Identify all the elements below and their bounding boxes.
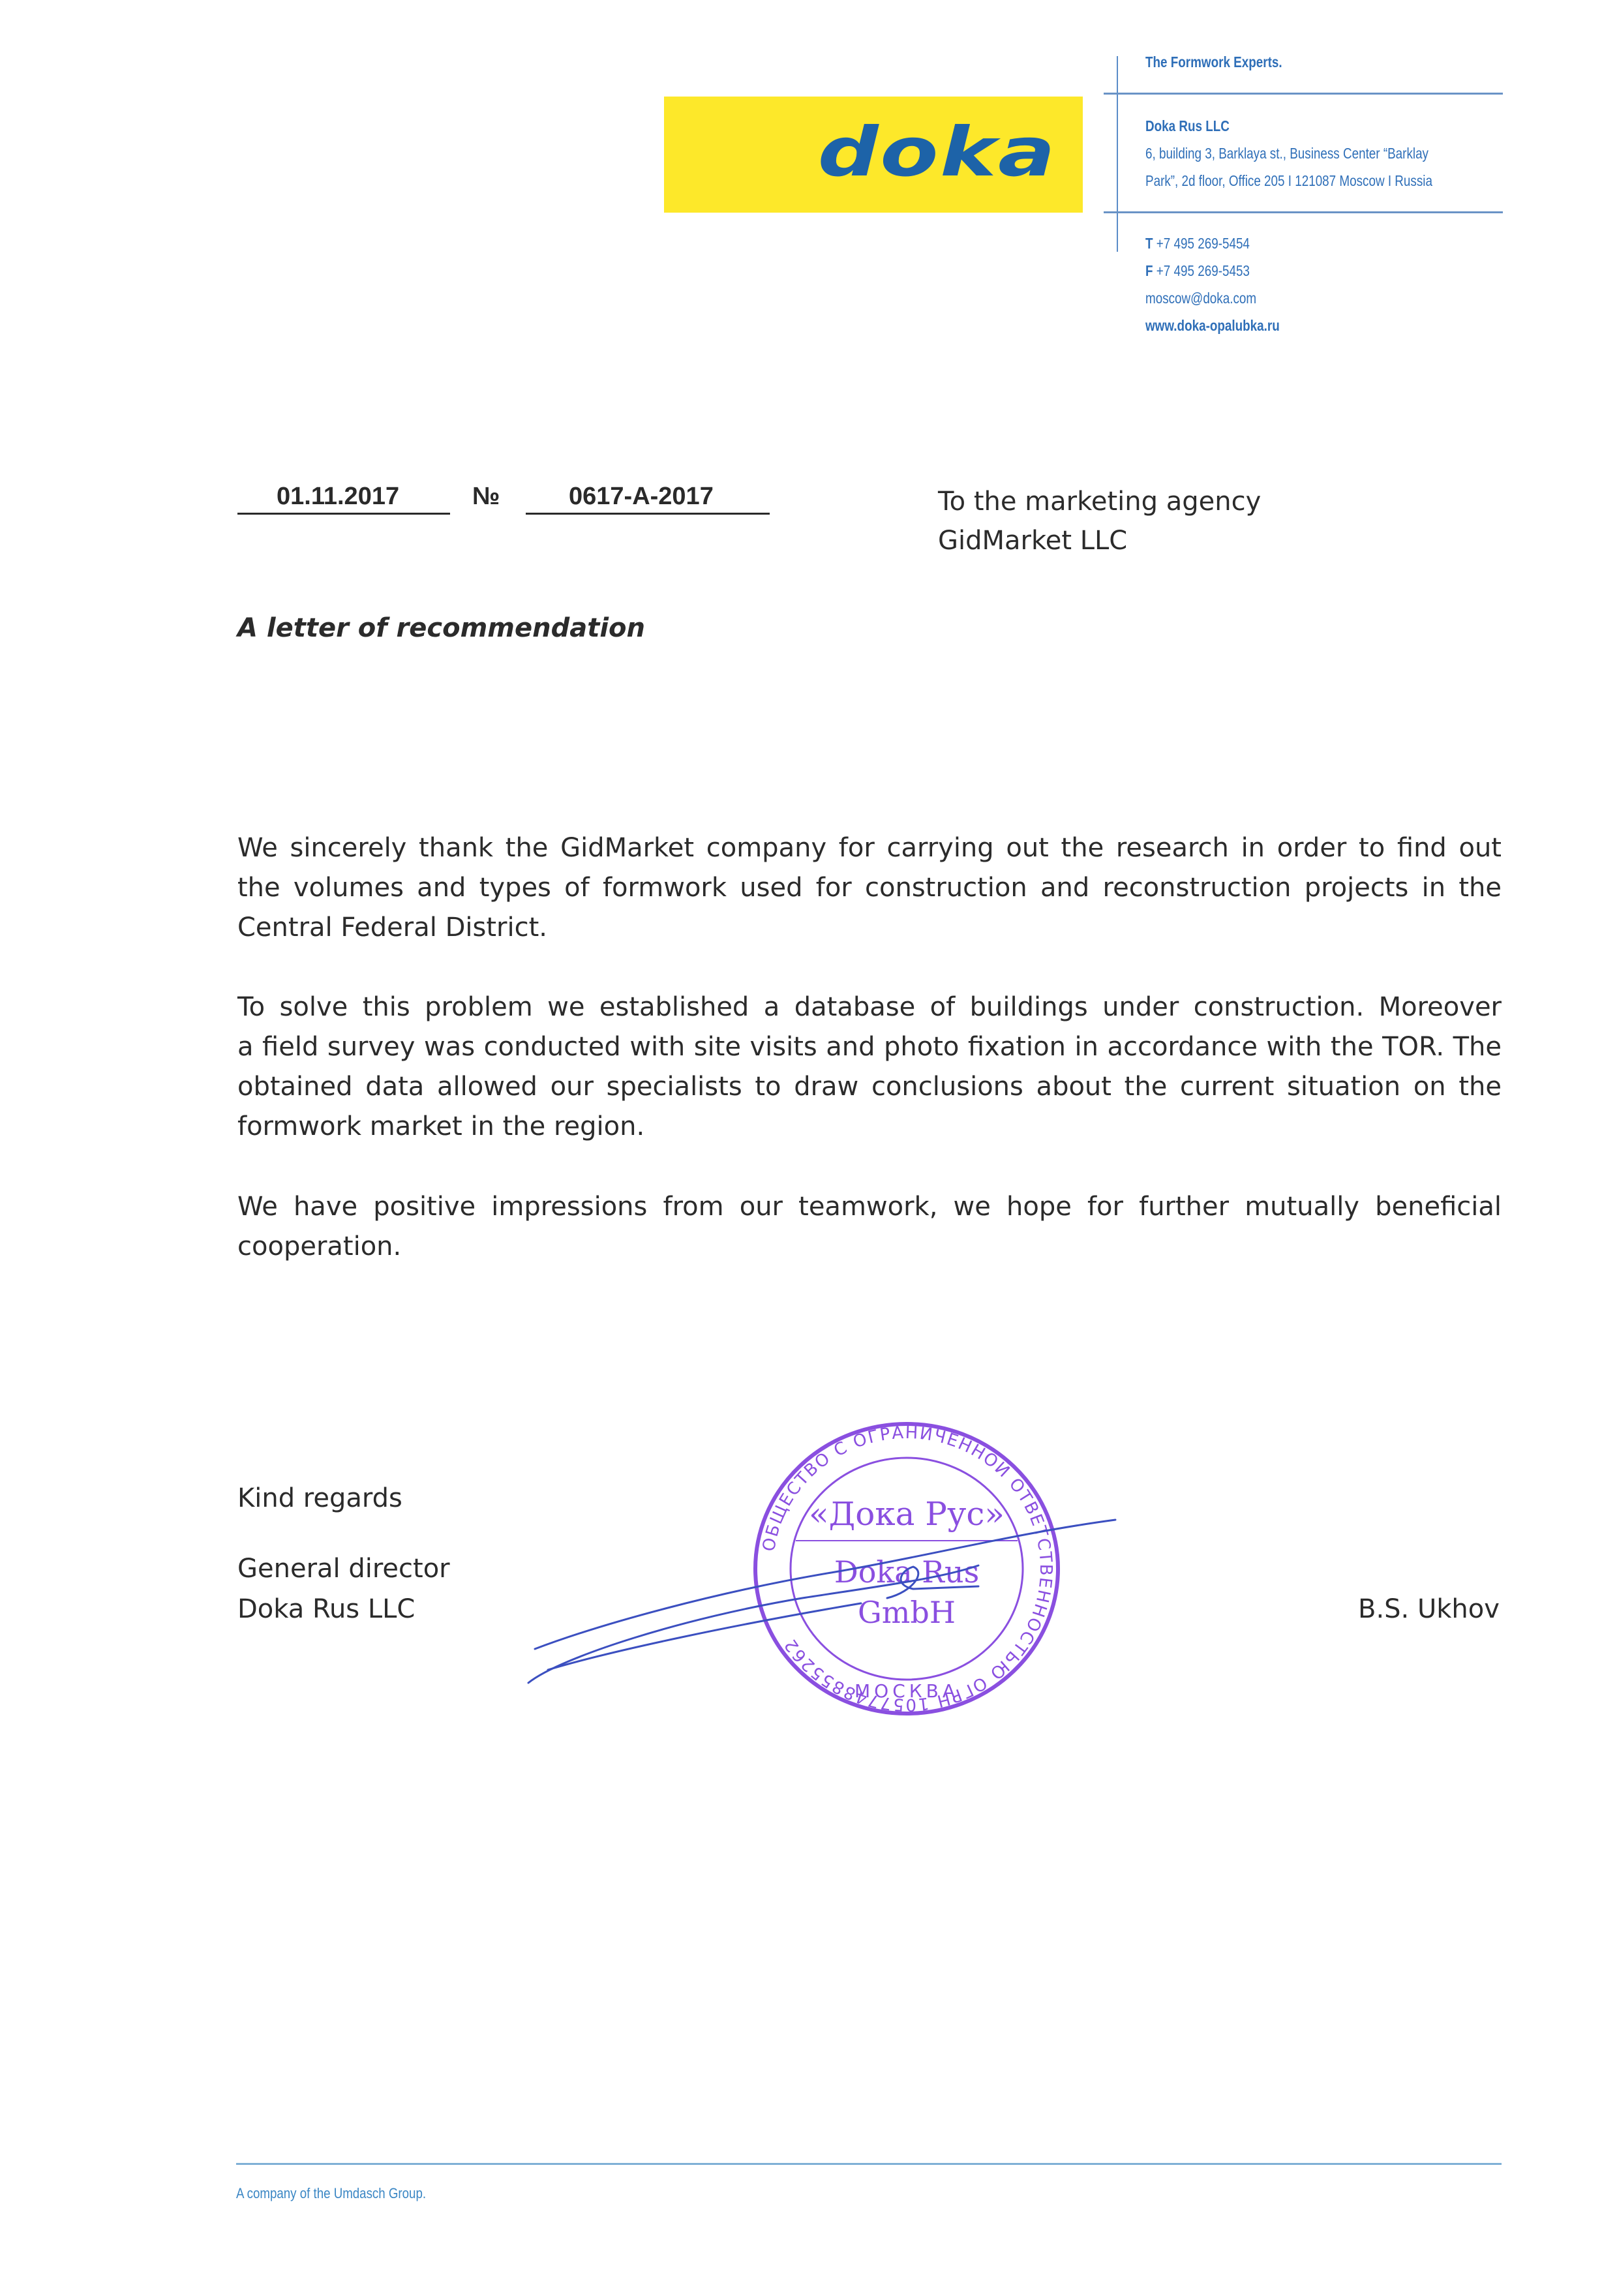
address-line-2: Park”, 2d floor, Office 205 I 121087 Mos…: [1145, 172, 1432, 190]
header-divider-vertical: [1117, 56, 1118, 252]
body-line: cooperation.: [237, 1227, 1502, 1267]
body-paragraph-3: We have positive impressions from our te…: [237, 1187, 1502, 1267]
closing: Kind regards: [237, 1483, 402, 1513]
fax-row: F +7 495 269-5453: [1145, 262, 1250, 280]
header-divider-2: [1104, 211, 1503, 213]
header-company-name: Doka Rus LLC: [1145, 117, 1230, 135]
signatory-title: General director: [237, 1554, 450, 1584]
signatory-name: B.S. Ukhov: [1358, 1594, 1500, 1624]
recipient-line-2: GidMarket LLC: [938, 526, 1127, 556]
body-line: formwork market in the region.: [237, 1107, 1502, 1147]
fax-number: +7 495 269-5453: [1156, 262, 1250, 279]
body-paragraph-2: To solve this problem we established a d…: [237, 988, 1502, 1147]
tagline: The Formwork Experts.: [1145, 53, 1282, 71]
header-divider-1: [1104, 93, 1503, 95]
letter-number: 0617-A-2017: [569, 483, 714, 511]
phone-label: T: [1145, 235, 1153, 252]
fax-label: F: [1145, 262, 1153, 279]
letter-date: 01.11.2017: [277, 483, 399, 511]
number-underline: [526, 513, 770, 515]
phone-row: T +7 495 269-5454: [1145, 235, 1250, 252]
phone-number: +7 495 269-5454: [1156, 235, 1250, 252]
recipient-line-1: To the marketing agency: [938, 487, 1261, 517]
body-line: To solve this problem we established a d…: [237, 988, 1502, 1027]
body-line: the volumes and types of formwork used f…: [237, 868, 1502, 908]
email-link[interactable]: moscow@doka.com: [1145, 290, 1256, 307]
body-line: obtained data allowed our specialists to…: [237, 1067, 1502, 1107]
address-line-1: 6, building 3, Barklaya st., Business Ce…: [1145, 145, 1428, 162]
letter-heading: A letter of recommendation: [237, 613, 645, 643]
date-underline: [237, 513, 450, 515]
body-paragraph-1: We sincerely thank the GidMarket company…: [237, 828, 1502, 948]
footer-divider: [236, 2163, 1502, 2165]
signatory-company: Doka Rus LLC: [237, 1594, 415, 1624]
logo-wordmark: doka: [817, 116, 1057, 188]
body-line: Central Federal District.: [237, 908, 1502, 948]
website-link[interactable]: www.doka-opalubka.ru: [1145, 317, 1280, 335]
handwritten-signature: [522, 1494, 1135, 1702]
doka-logo: doka: [664, 97, 1083, 213]
body-line: a field survey was conducted with site v…: [237, 1027, 1502, 1067]
footer-text: A company of the Umdasch Group.: [236, 2185, 426, 2202]
body-line: We sincerely thank the GidMarket company…: [237, 828, 1502, 868]
number-sign: №: [472, 483, 500, 511]
body-line: We have positive impressions from our te…: [237, 1187, 1502, 1227]
